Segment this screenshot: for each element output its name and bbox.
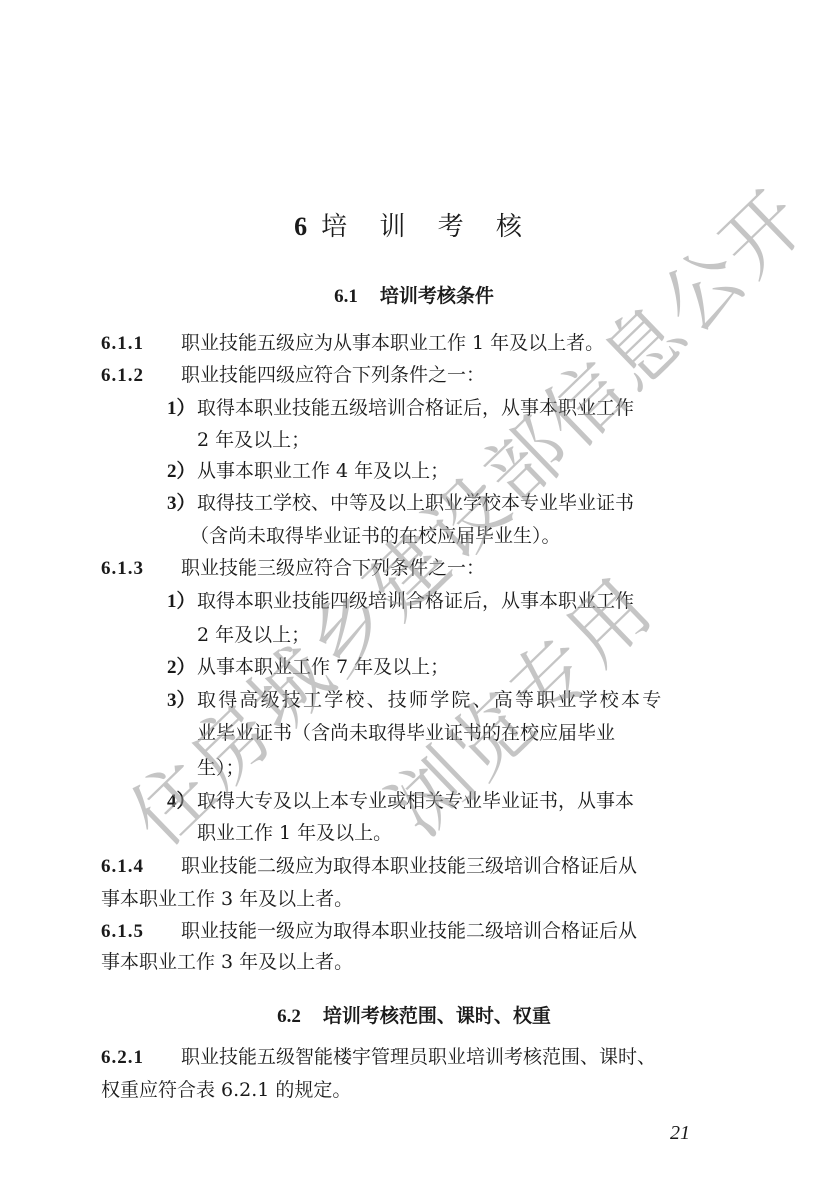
clause-6-1-2: 6.1.2职业技能四级应符合下列条件之一： — [101, 363, 485, 388]
clause-number: 6.1.2 — [101, 364, 181, 388]
clause-continuation: 事本职业工作 3 年及以上者。 — [101, 950, 353, 974]
list-item-continuation: （含尚未取得毕业证书的在校应届毕业生）。 — [190, 524, 561, 548]
document-page: 6培 训 考 核 6.1培训考核条件 6.1.1职业技能五级应为从事本职业工作 … — [0, 0, 828, 1198]
clause-6-1-1: 6.1.1职业技能五级应为从事本职业工作 1 年及以上者。 — [101, 331, 604, 356]
clause-6-1-3: 6.1.3职业技能三级应符合下列条件之一： — [101, 556, 485, 581]
chapter-title-text: 培 训 考 核 — [321, 212, 534, 242]
clause-text: 职业技能一级应为取得本职业技能二级培训合格证后从 — [181, 920, 637, 942]
item-text: 取得大专及以上本专业或相关专业毕业证书，从事本 — [197, 790, 634, 812]
item-number: 4） — [167, 790, 197, 814]
list-item: 2）从事本职业工作 4 年及以上； — [167, 459, 449, 484]
clause-text: 职业技能三级应符合下列条件之一： — [181, 557, 485, 579]
clause-number: 6.2.1 — [101, 1046, 181, 1070]
clause-6-1-4: 6.1.4职业技能二级应为取得本职业技能三级培训合格证后从 — [101, 854, 637, 879]
list-item-continuation: 业毕业证书（含尚未取得毕业证书的在校应届毕业 — [197, 721, 615, 745]
chapter-title: 6培 训 考 核 — [0, 206, 828, 243]
item-text: 从事本职业工作 4 年及以上； — [197, 460, 449, 482]
section-heading-6-1: 6.1培训考核条件 — [0, 281, 828, 308]
item-number: 1） — [167, 397, 197, 421]
item-text: 取得高级技工学校、技师学院、高等职业学校本专 — [197, 689, 663, 711]
item-number: 2） — [167, 460, 197, 484]
clause-6-2-1: 6.2.1职业技能五级智能楼宇管理员职业培训考核范围、课时、 — [101, 1045, 656, 1070]
section-number: 6.1 — [334, 286, 358, 307]
list-item-continuation: 生）； — [197, 756, 245, 780]
clause-text: 职业技能五级智能楼宇管理员职业培训考核范围、课时、 — [181, 1046, 656, 1068]
list-item-continuation: 2 年及以上； — [197, 428, 310, 452]
item-number: 1） — [167, 590, 197, 614]
clause-continuation: 权重应符合表 6.2.1 的规定。 — [101, 1078, 351, 1102]
item-number: 3） — [167, 689, 197, 713]
section-heading-6-2: 6.2培训考核范围、课时、权重 — [0, 1001, 828, 1028]
clause-text: 职业技能二级应为取得本职业技能三级培训合格证后从 — [181, 855, 637, 877]
section-title-text: 培训考核条件 — [380, 285, 494, 307]
list-item: 1）取得本职业技能五级培训合格证后，从事本职业工作 — [167, 396, 634, 421]
chapter-number: 6 — [294, 212, 307, 241]
list-item: 2）从事本职业工作 7 年及以上； — [167, 655, 449, 680]
list-item: 1）取得本职业技能四级培训合格证后，从事本职业工作 — [167, 589, 634, 614]
clause-6-1-5: 6.1.5职业技能一级应为取得本职业技能二级培训合格证后从 — [101, 919, 637, 944]
clause-number: 6.1.5 — [101, 920, 181, 944]
clause-continuation: 事本职业工作 3 年及以上者。 — [101, 887, 353, 911]
list-item-continuation: 2 年及以上； — [197, 623, 310, 647]
item-text: 取得本职业技能五级培训合格证后，从事本职业工作 — [197, 397, 634, 419]
clause-text: 职业技能四级应符合下列条件之一： — [181, 364, 485, 386]
item-number: 2） — [167, 656, 197, 680]
list-item-continuation: 职业工作 1 年及以上。 — [197, 821, 392, 845]
item-text: 取得技工学校、中等及以上职业学校本专业毕业证书 — [197, 492, 634, 514]
page-number: 21 — [670, 1122, 690, 1145]
clause-number: 6.1.1 — [101, 332, 181, 356]
clause-number: 6.1.4 — [101, 855, 181, 879]
clause-text: 职业技能五级应为从事本职业工作 1 年及以上者。 — [181, 332, 604, 354]
list-item: 3）取得高级技工学校、技师学院、高等职业学校本专 — [167, 688, 663, 713]
item-text: 从事本职业工作 7 年及以上； — [197, 656, 449, 678]
item-number: 3） — [167, 492, 197, 516]
section-title-text: 培训考核范围、课时、权重 — [323, 1005, 551, 1027]
list-item: 4）取得大专及以上本专业或相关专业毕业证书，从事本 — [167, 789, 634, 814]
section-number: 6.2 — [277, 1006, 301, 1027]
item-text: 取得本职业技能四级培训合格证后，从事本职业工作 — [197, 590, 634, 612]
list-item: 3）取得技工学校、中等及以上职业学校本专业毕业证书 — [167, 491, 634, 516]
clause-number: 6.1.3 — [101, 557, 181, 581]
